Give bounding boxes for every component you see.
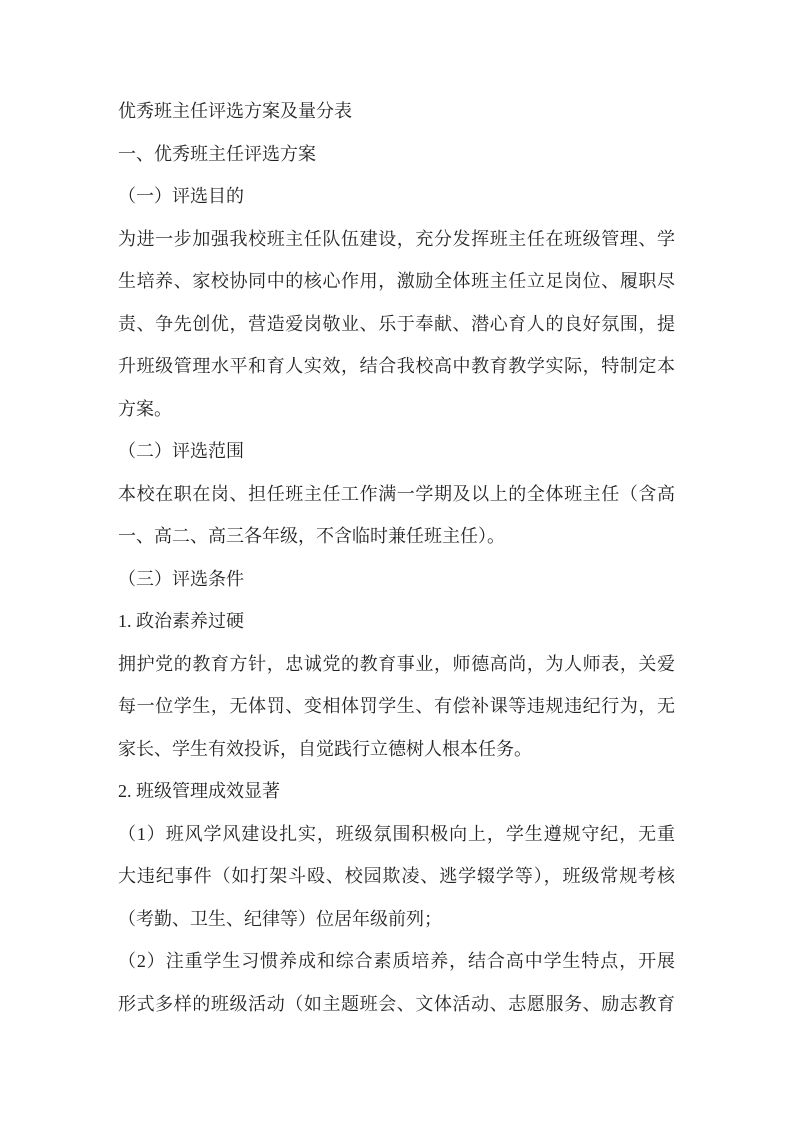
body-text-line: （考勤、卫生、纪律等）位居年级前列；	[118, 898, 675, 941]
body-text-line: 形式多样的班级活动（如主题班会、文体活动、志愿服务、励志教育	[118, 983, 675, 1026]
body-text-line: 升班级管理水平和育人实效，结合我校高中教育教学实际，特制定本	[118, 345, 675, 388]
body-text-line: 一、高二、高三各年级，不含临时兼任班主任）。	[118, 515, 675, 558]
body-text-line: 拥护党的教育方针，忠诚党的教育事业，师德高尚，为人师表，关爱	[118, 643, 675, 686]
document-content: 优秀班主任评选方案及量分表 一、优秀班主任评选方案 （一）评选目的 为进一步加强…	[118, 90, 675, 1025]
body-text-line: 责、争先创优，营造爱岗敬业、乐于奉献、潜心育人的良好氛围，提	[118, 303, 675, 346]
body-text-line: （1）班风学风建设扎实，班级氛围积极向上，学生遵规守纪，无重	[118, 813, 675, 856]
body-text-line: 大违纪事件（如打架斗殴、校园欺凌、逃学辍学等），班级常规考核	[118, 855, 675, 898]
body-text-line: 方案。	[118, 388, 675, 431]
body-text-line: 家长、学生有效投诉，自觉践行立德树人根本任务。	[118, 728, 675, 771]
subsection-heading: （二）评选范围	[118, 430, 675, 473]
numbered-item-heading: 1. 政治素养过硬	[118, 600, 675, 643]
subsection-heading: （一）评选目的	[118, 175, 675, 218]
document-page: 优秀班主任评选方案及量分表 一、优秀班主任评选方案 （一）评选目的 为进一步加强…	[0, 0, 793, 1122]
numbered-item-heading: 2. 班级管理成效显著	[118, 770, 675, 813]
subsection-heading: （三）评选条件	[118, 558, 675, 601]
body-text-line: 每一位学生，无体罚、变相体罚学生、有偿补课等违规违纪行为，无	[118, 685, 675, 728]
body-text-line: 本校在职在岗、担任班主任工作满一学期及以上的全体班主任（含高	[118, 473, 675, 516]
body-text-line: 生培养、家校协同中的核心作用，激励全体班主任立足岗位、履职尽	[118, 260, 675, 303]
section-heading: 一、优秀班主任评选方案	[118, 133, 675, 176]
body-text-line: （2）注重学生习惯养成和综合素质培养，结合高中学生特点，开展	[118, 940, 675, 983]
document-title: 优秀班主任评选方案及量分表	[118, 90, 675, 133]
body-text-line: 为进一步加强我校班主任队伍建设，充分发挥班主任在班级管理、学	[118, 218, 675, 261]
